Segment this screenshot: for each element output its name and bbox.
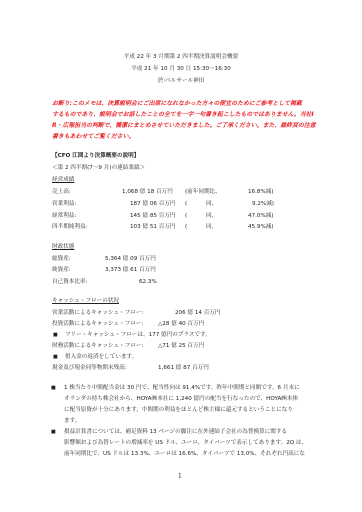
disclaimer-line: するものであり、説明会でお話したことの全てを一字一句書き起こしたものではありませ…: [52, 112, 314, 119]
row-label: 総資産:: [52, 256, 71, 263]
row-same: 同、: [206, 213, 217, 220]
operating-cf-label: 営業活動によるキャッシュ・フロー:: [52, 310, 143, 317]
row-paren: (: [185, 224, 187, 231]
document-title: 平成 22 年 3 月期第 2 四半期決算説明会概要: [0, 54, 362, 61]
document-page: 平成 22 年 3 月期第 2 四半期決算説明会概要 平成 21 年 10 月 …: [0, 0, 362, 512]
row-same: 同、: [206, 201, 217, 208]
event-venue: 於:ベルサール神田: [0, 78, 362, 85]
row-label: 営業利益:: [52, 201, 76, 208]
page-number: 1: [178, 473, 182, 480]
free-cf-note: フリー・キャッシュ・フローは、177 億円のプラスです。: [65, 332, 211, 339]
bullet-icon: ■: [53, 354, 58, 360]
row-value: 1,068 億 18 百万円: [122, 189, 173, 196]
paragraph-line: 損益計算書については、補足資料 13 ページの脚注に在外連結子会社の為替換算に関…: [64, 429, 287, 436]
cash-balance-value: 1,661 億 87 百万円: [158, 365, 209, 372]
row-pct: 9.2%減): [252, 201, 274, 208]
row-label: 純資産:: [52, 267, 71, 274]
disclaimer-line: R・広報担当の判断で、簡潔にまとめさせていただきました。ご了承ください。また、最…: [52, 123, 316, 130]
results-heading: 経営成績: [52, 177, 74, 184]
bullet-icon: ■: [51, 385, 56, 391]
row-same: 同、: [206, 224, 217, 231]
event-datetime: 平成 21 年 10 月 30 日 15:30〜16:30: [0, 66, 362, 73]
row-label: 自己資本比率:: [52, 279, 87, 286]
period-title: ＜第 2 四半期(7〜9 月)の連結業績＞: [52, 165, 145, 172]
investing-cf-value: △28 億 40 百万円: [158, 321, 204, 328]
bullet-icon: ■: [53, 332, 58, 338]
financial-heading: 財政状態: [52, 244, 74, 251]
row-value: 187 億 06 百万円: [130, 201, 176, 208]
row-value: 5,364 億 09 百万円: [105, 256, 156, 263]
row-label: 経常利益:: [52, 213, 76, 220]
paragraph-line: ます。: [64, 418, 80, 425]
section-title: 【CFO 江間より決算概要の説明】: [52, 153, 139, 160]
row-pct: 47.0%減): [248, 213, 274, 220]
row-label: 四半期純利益:: [52, 224, 87, 231]
row-value: 103 億 51 百万円: [130, 224, 176, 231]
financing-cf-label: 財務活動によるキャッシュ・フロー:: [52, 343, 143, 350]
operating-cf-value: 206 億 14 百万円: [175, 310, 221, 317]
paragraph-line: 1 株当たり中間配当金は 30 円で、配当性向は 91.4%です。昨年中間期と同…: [64, 385, 300, 392]
row-pct: 45.9%減): [248, 224, 274, 231]
disclaimer-line: お断り:このメモは、決算説明会にご出席になれなかった方々の便宜のためにご参考とし…: [52, 101, 302, 108]
row-paren: (前年同期比、: [185, 189, 221, 196]
investing-cf-label: 投資活動によるキャッシュ・フロー:: [52, 321, 143, 328]
financing-cf-value: △71 億 25 百万円: [158, 343, 204, 350]
row-pct: 16.8%減): [248, 189, 274, 196]
paragraph-line: 影響額および為替レートの増減率を US ドル、ユーロ、タイバーツで表示してありま…: [64, 440, 307, 447]
financing-note: 借入金の返済をしています。: [65, 354, 137, 361]
paragraph-line: オランダの持ち株会社から、HOYA㈱本社に 1,240 億円の配当を行なったので…: [64, 396, 298, 403]
row-label: 売上高:: [52, 189, 71, 196]
paragraph-line: 前年同期比で、US ドルは 13.3%、ユーロは 16.6%、タイバーツで 13…: [64, 451, 305, 458]
cashflow-heading: キャッシュ・フローの状況: [52, 298, 119, 305]
cash-balance-label: 現金及び現金同等物期末残高:: [52, 365, 127, 372]
bullet-icon: ■: [51, 429, 56, 435]
paragraph-line: に配当原資が十分にあります。中間期の利益をほとんど株主様に還元するということにな…: [64, 407, 293, 414]
row-value: 62.3%: [139, 279, 157, 286]
row-paren: (: [185, 213, 187, 220]
row-paren: (: [185, 201, 187, 208]
disclaimer-line: 書きもあわせてご覧ください。: [52, 134, 134, 141]
row-value: 145 億 85 百万円: [130, 213, 176, 220]
row-value: 3,373 億 61 百万円: [105, 267, 156, 274]
